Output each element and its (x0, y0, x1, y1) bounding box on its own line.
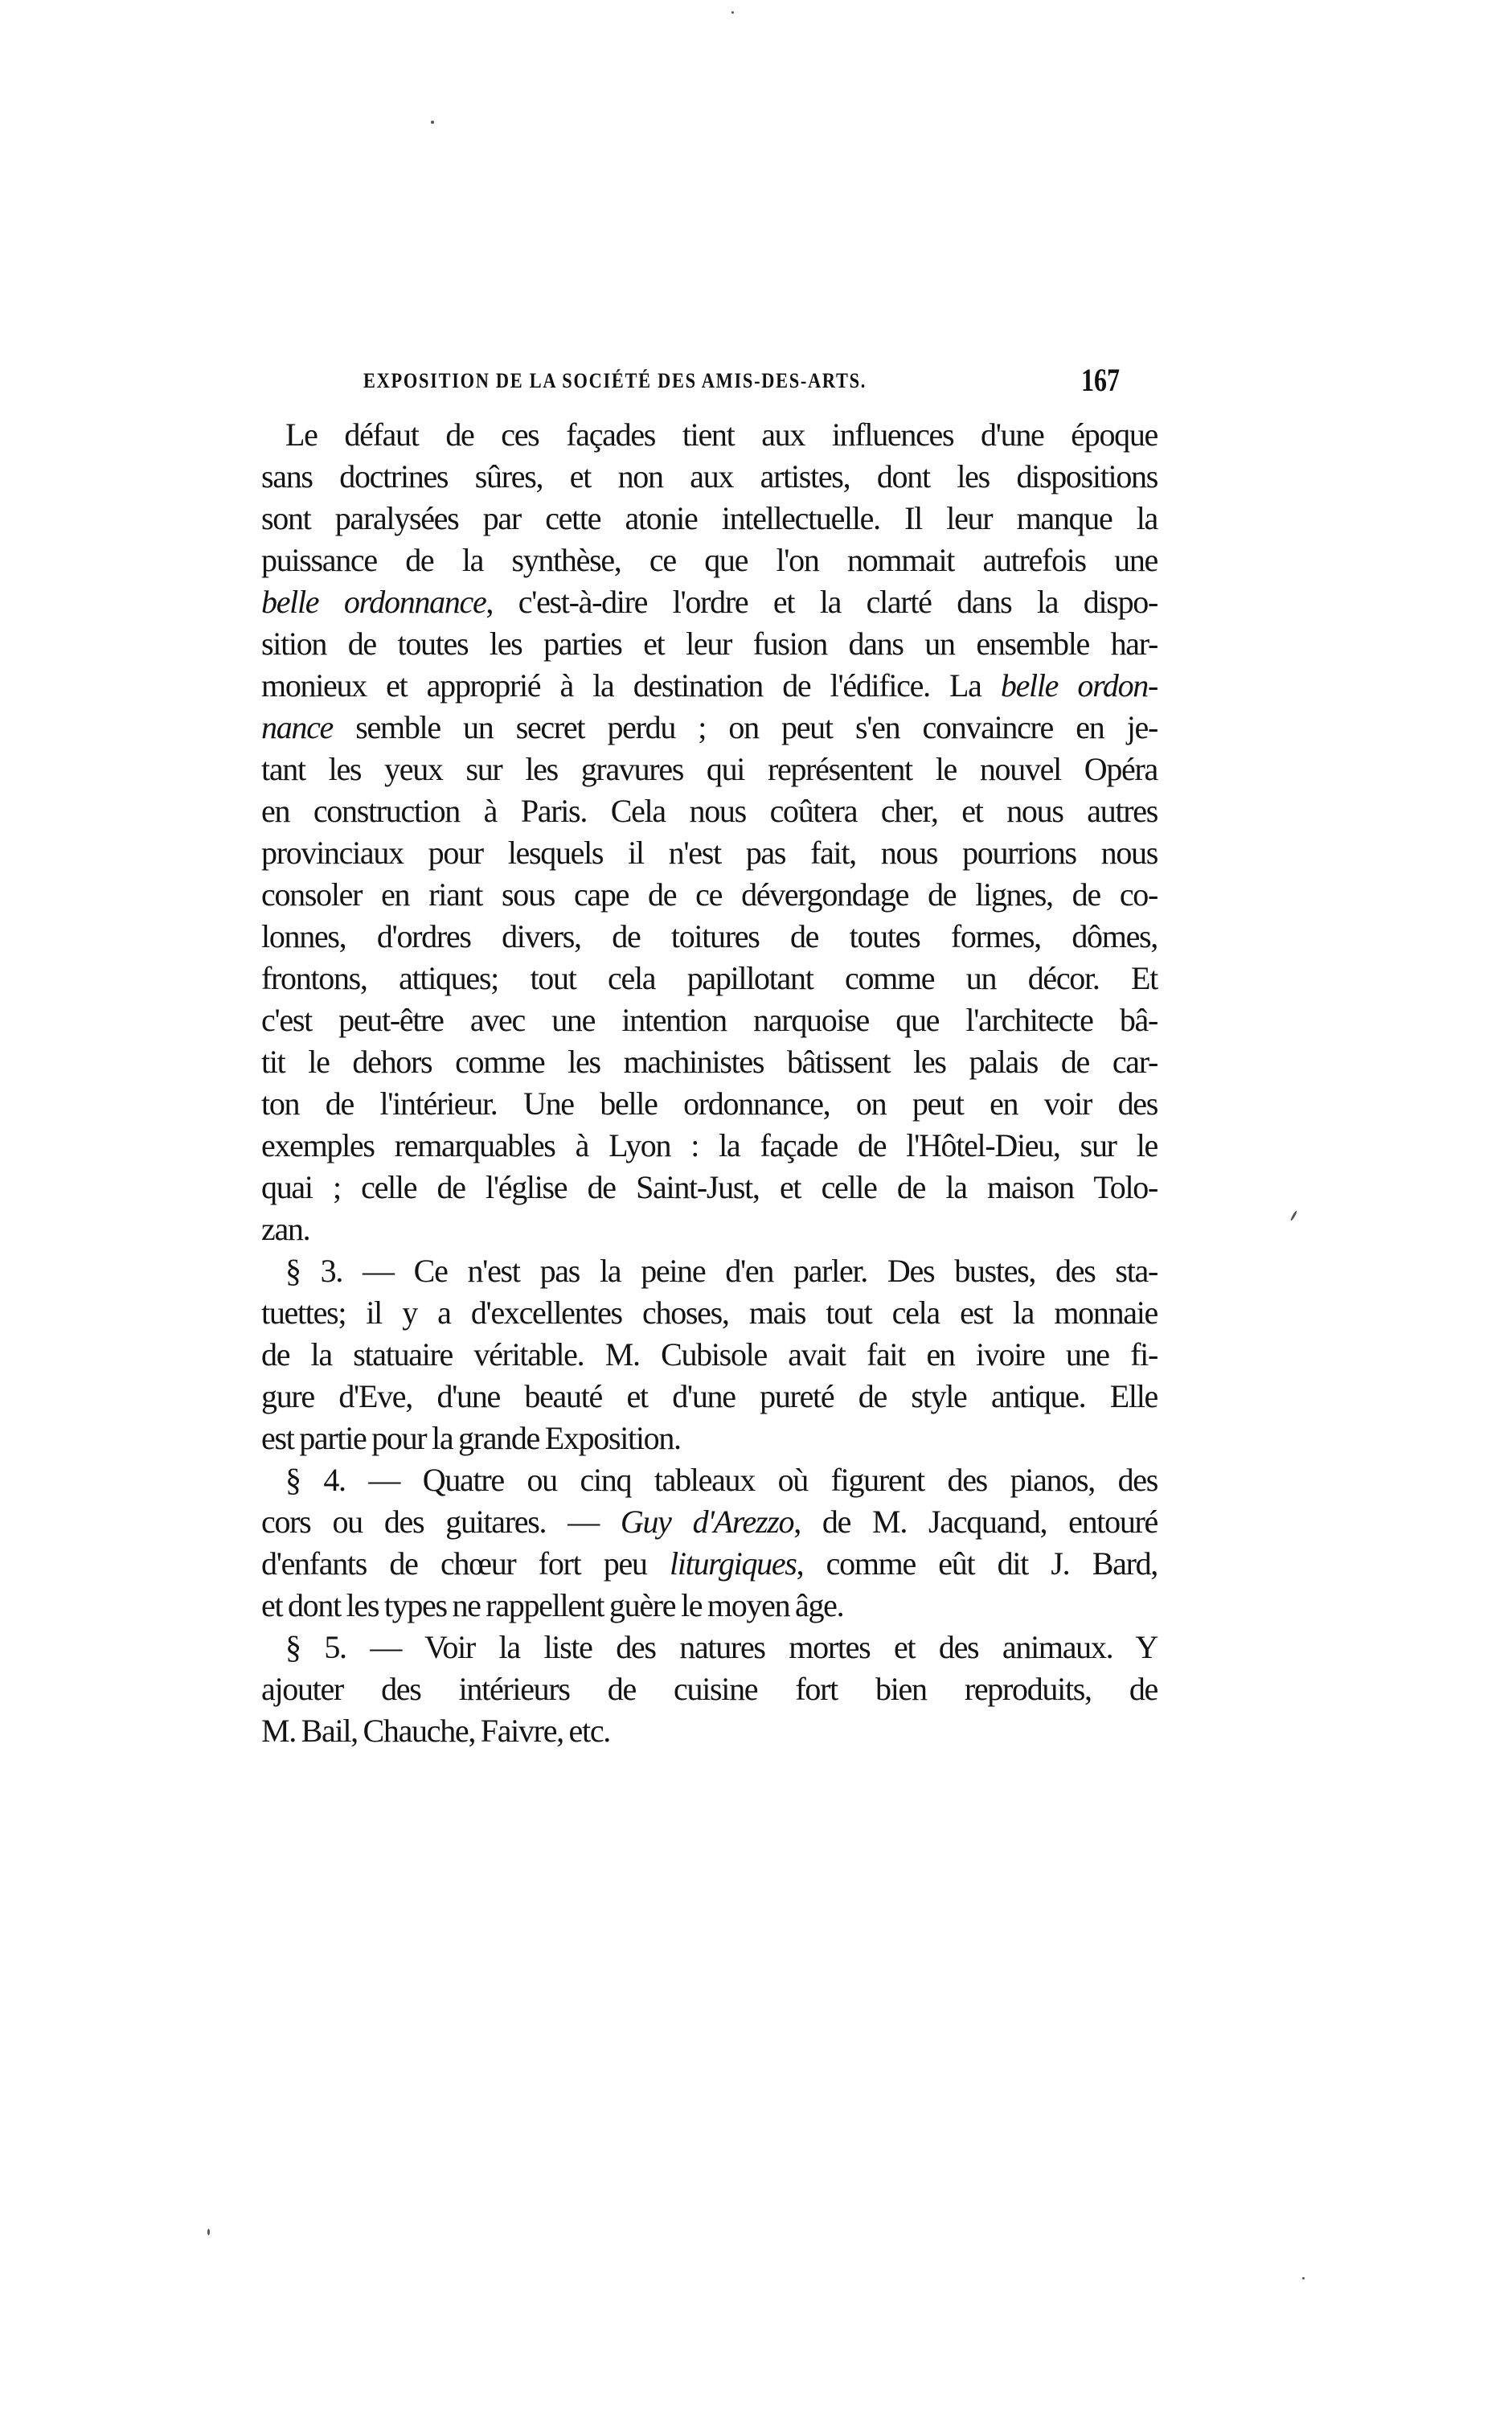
text-line: belle ordonnance, c'est-à-dire l'ordre e… (261, 581, 1158, 623)
paragraph: § 3. — Ce n'est pas la peine d'en parler… (261, 1250, 1158, 1459)
text-line: sition de toutes les parties et leur fus… (261, 623, 1158, 665)
text-line: tit le dehors comme les machinistes bâti… (261, 1041, 1158, 1083)
page-header: EXPOSITION DE LA SOCIÉTÉ DES AMIS-DES-AR… (363, 366, 1159, 398)
text-line: en construction à Paris. Cela nous coûte… (261, 790, 1158, 832)
text-segment: monieux et approprié à la destination de… (261, 667, 1001, 704)
text-line: tant les yeux sur les gravures qui repré… (261, 749, 1158, 790)
text-segment: cors ou des guitares. — (261, 1504, 621, 1540)
text-line: cors ou des guitares. — Guy d'Arezzo, de… (261, 1501, 1158, 1543)
text-segment: semble un secret perdu ; on peut s'en co… (333, 709, 1158, 745)
text-line: est partie pour la grande Exposition. (261, 1418, 1158, 1459)
text-segment: d'enfants de chœur fort peu (261, 1545, 670, 1582)
text-line: provinciaux pour lesquels il n'est pas f… (261, 832, 1158, 874)
text-line: M. Bail, Chauche, Faivre, etc. (261, 1710, 1158, 1752)
scan-speck (207, 2229, 210, 2235)
text-line: ton de l'intérieur. Une belle ordonnance… (261, 1083, 1158, 1125)
scan-speck (1302, 2277, 1305, 2279)
text-line: zan. (261, 1208, 1158, 1250)
text-line: tuettes; il y a d'excellentes choses, ma… (261, 1292, 1158, 1334)
text-line: puissance de la synthèse, ce que l'on no… (261, 540, 1158, 581)
text-line: ajouter des intérieurs de cuisine fort b… (261, 1668, 1158, 1710)
text-line: monieux et approprié à la destination de… (261, 665, 1158, 707)
running-title: EXPOSITION DE LA SOCIÉTÉ DES AMIS-DES-AR… (363, 369, 867, 393)
text-segment: , de M. Jacquand, entouré (793, 1504, 1158, 1540)
text-line: exemples remarquables à Lyon : la façade… (261, 1125, 1158, 1167)
text-line: § 4. — Quatre ou cinq tableaux où figure… (261, 1459, 1158, 1501)
italic-text: belle ordon- (1001, 667, 1158, 704)
paragraph: Le défaut de ces façades tient aux influ… (261, 414, 1158, 1250)
italic-text: belle ordonnance (261, 584, 486, 620)
text-line: consoler en riant sous cape de ce déverg… (261, 874, 1158, 916)
text-line: lonnes, d'ordres divers, de toitures de … (261, 916, 1158, 958)
italic-text: nance (261, 709, 333, 745)
text-line: et dont les types ne rappellent guère le… (261, 1585, 1158, 1627)
paragraph: § 5. — Voir la liste des natures mortes … (261, 1627, 1158, 1752)
text-line: Le défaut de ces façades tient aux influ… (261, 414, 1158, 456)
body-text: Le défaut de ces façades tient aux influ… (261, 414, 1158, 1752)
book-page: EXPOSITION DE LA SOCIÉTÉ DES AMIS-DES-AR… (0, 0, 1512, 2421)
text-line: c'est peut-être avec une intention narqu… (261, 999, 1158, 1041)
text-segment: , c'est-à-dire l'ordre et la clarté dans… (486, 584, 1158, 620)
scan-speck (731, 11, 734, 14)
text-line: frontons, attiques; tout cela papillotan… (261, 958, 1158, 999)
text-line: § 5. — Voir la liste des natures mortes … (261, 1627, 1158, 1668)
text-line: § 3. — Ce n'est pas la peine d'en parler… (261, 1250, 1158, 1292)
text-line: sans doctrines sûres, et non aux artiste… (261, 456, 1158, 498)
scan-speck (1290, 1210, 1298, 1221)
text-line: sont paralysées par cette atonie intelle… (261, 498, 1158, 540)
text-line: d'enfants de chœur fort peu liturgiques,… (261, 1543, 1158, 1585)
text-line: quai ; celle de l'église de Saint-Just, … (261, 1167, 1158, 1208)
italic-text: liturgiques (670, 1545, 797, 1582)
text-line: nance semble un secret perdu ; on peut s… (261, 707, 1158, 749)
text-line: gure d'Eve, d'une beauté et d'une pureté… (261, 1376, 1158, 1418)
text-segment: , comme eût dit J. Bard, (797, 1545, 1158, 1582)
text-line: de la statuaire véritable. M. Cubisole a… (261, 1334, 1158, 1376)
page-number: 167 (1081, 361, 1120, 399)
paragraph: § 4. — Quatre ou cinq tableaux où figure… (261, 1459, 1158, 1627)
italic-text: Guy d'Arezzo (621, 1504, 793, 1540)
scan-speck (431, 121, 434, 124)
